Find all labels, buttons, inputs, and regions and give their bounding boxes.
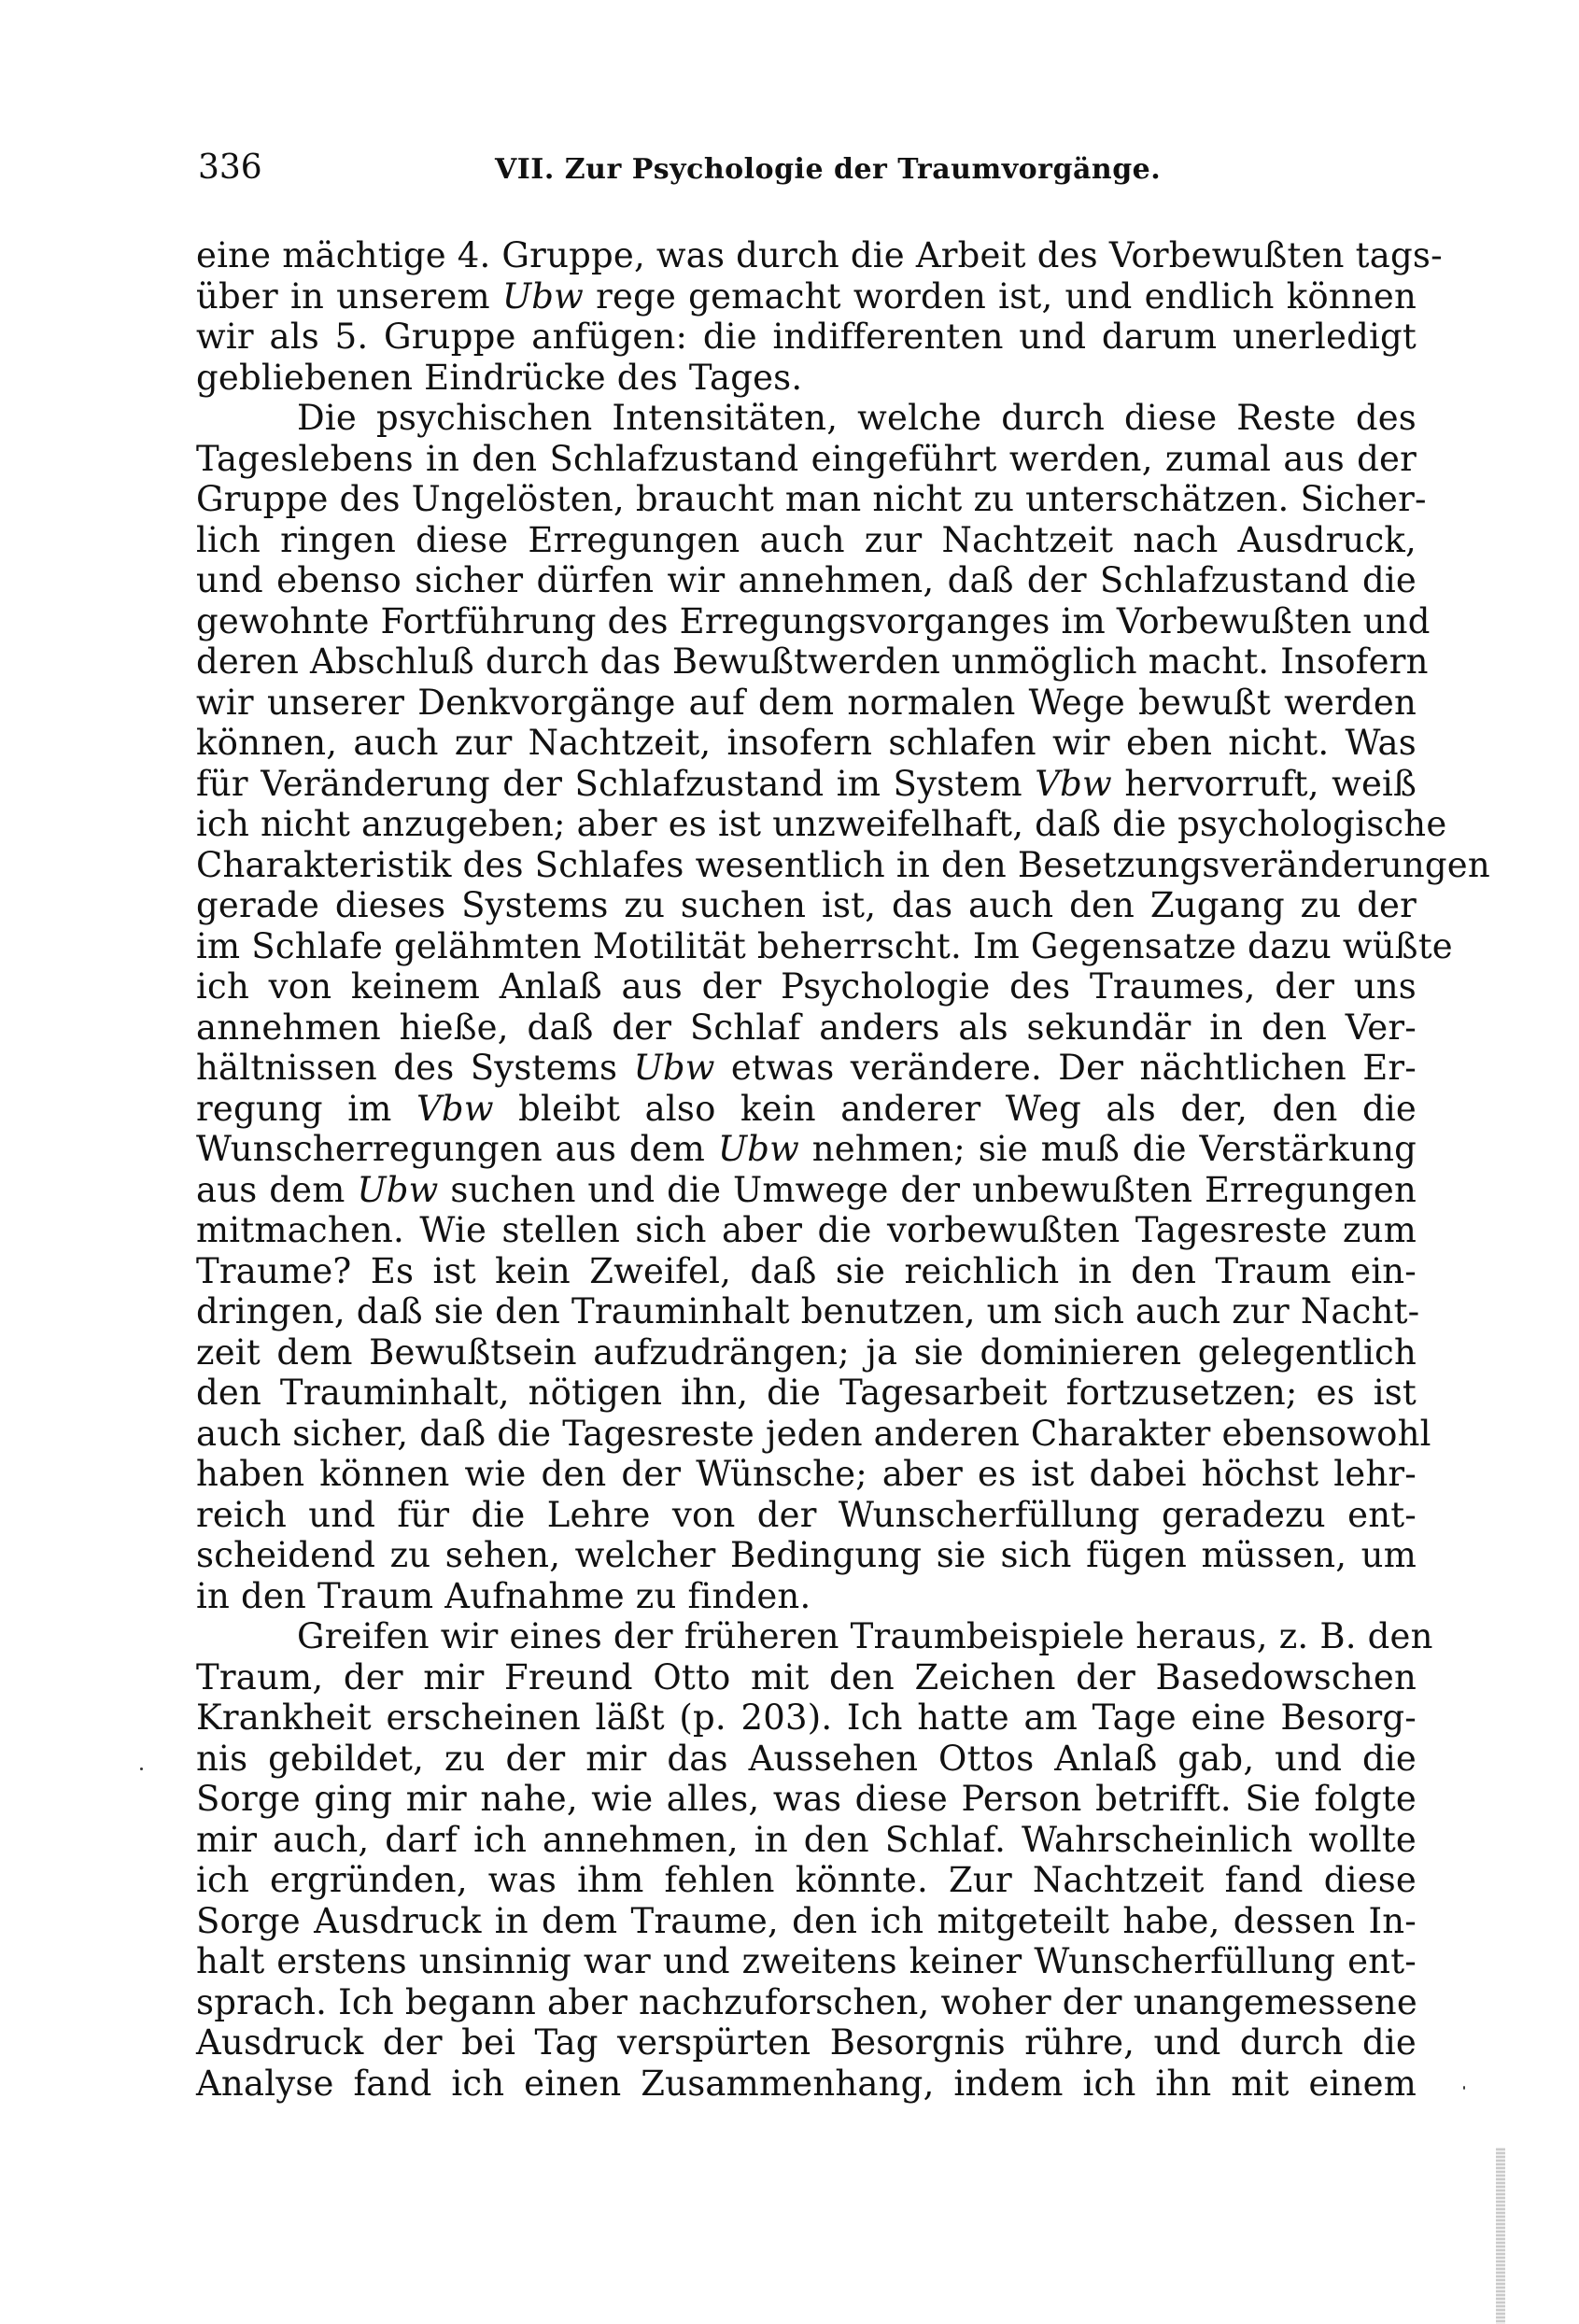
text-line: aus dem Ubw suchen und die Umwege der un…: [196, 1170, 1417, 1211]
text-run: Traume? Es ist kein Zweifel, daß sie rei…: [196, 1251, 1417, 1291]
italic-term: Vbw: [1035, 764, 1112, 804]
text-run: Krankheit erscheinen läßt (p. 203). Ich …: [196, 1697, 1417, 1738]
italic-term: Ubw: [718, 1129, 799, 1169]
text-run: deren Abschluß durch das Bewußtwerden un…: [196, 641, 1429, 682]
text-line: Analyse fand ich einen Zusammenhang, ind…: [196, 2063, 1417, 2105]
text-line: Sorge Ausdruck in dem Traume, den ich mi…: [196, 1901, 1417, 1942]
text-run: halt erstens unsinnig war und zweitens k…: [196, 1941, 1417, 1981]
text-line: reich und für die Lehre von der Wunscher…: [196, 1495, 1417, 1536]
text-line: gewohnte Fortführung des Erregungsvorgan…: [196, 601, 1417, 642]
text-line: ich nicht anzugeben; aber es ist unzweif…: [196, 804, 1417, 845]
text-line: dringen, daß sie den Trauminhalt benutze…: [196, 1291, 1417, 1332]
text-run: Greifen wir eines der früheren Traumbeis…: [297, 1616, 1433, 1656]
text-line: Krankheit erscheinen läßt (p. 203). Ich …: [196, 1697, 1417, 1739]
text-run: den Trauminhalt, nötigen ihn, die Tagesa…: [196, 1373, 1417, 1413]
text-line: Sorge ging mir nahe, wie alles, was dies…: [196, 1779, 1417, 1820]
text-run: lich ringen diese Erregungen auch zur Na…: [196, 520, 1417, 560]
text-line: zeit dem Bewußtsein aufzudrängen; ja sie…: [196, 1332, 1417, 1373]
italic-term: Vbw: [416, 1089, 494, 1129]
text-run: mitmachen. Wie stellen sich aber die vor…: [196, 1210, 1417, 1250]
italic-term: Ubw: [502, 276, 584, 317]
text-line: Greifen wir eines der früheren Traumbeis…: [196, 1616, 1417, 1657]
text-run: wir als 5. Gruppe anfügen: die indiffere…: [196, 317, 1417, 357]
text-line: Die psychischen Intensitäten, welche dur…: [196, 398, 1417, 439]
text-line: Traume? Es ist kein Zweifel, daß sie rei…: [196, 1251, 1417, 1292]
text-run: Tageslebens in den Schlafzustand eingefü…: [196, 439, 1417, 479]
body-text: eine mächtige 4. Gruppe, was durch die A…: [196, 235, 1417, 2104]
text-run: nehmen; sie muß die Verstärkung: [799, 1129, 1417, 1169]
text-run: Analyse fand ich einen Zusammenhang, ind…: [196, 2063, 1417, 2104]
text-run: Traum, der mir Freund Otto mit den Zeich…: [196, 1657, 1417, 1697]
text-run: für Veränderung der Schlafzustand im Sys…: [196, 764, 1035, 804]
text-run: scheidend zu sehen, welcher Bedingung si…: [196, 1535, 1417, 1575]
text-run: Charakteristik des Schlafes wesentlich i…: [196, 845, 1490, 885]
text-line: und ebenso sicher dürfen wir annehmen, d…: [196, 560, 1417, 601]
text-line: regung im Vbw bleibt also kein anderer W…: [196, 1089, 1417, 1130]
text-line: mir auch, darf ich annehmen, in den Schl…: [196, 1820, 1417, 1861]
text-line: haben können wie den der Wünsche; aber e…: [196, 1454, 1417, 1495]
running-head: 336 VII. Zur Psychologie der Traumvorgän…: [198, 148, 1417, 189]
scan-edge-artifact: [1496, 2148, 1505, 2324]
text-run: regung im: [196, 1089, 416, 1129]
text-line: Ausdruck der bei Tag verspürten Besorgni…: [196, 2022, 1417, 2063]
page-number: 336: [198, 148, 262, 189]
text-line: Traum, der mir Freund Otto mit den Zeich…: [196, 1657, 1417, 1698]
text-run: können, auch zur Nachtzeit, insofern sch…: [196, 723, 1417, 763]
text-run: Gruppe des Ungelösten, braucht man nicht…: [196, 479, 1427, 519]
text-run: suchen und die Umwege der unbewußten Err…: [439, 1170, 1417, 1210]
scan-speck: [1463, 2086, 1465, 2090]
text-line: lich ringen diese Erregungen auch zur Na…: [196, 520, 1417, 561]
text-run: hervorruft, weiß: [1112, 764, 1417, 804]
text-line: sprach. Ich begann aber nachzuforschen, …: [196, 1982, 1417, 2023]
text-line: in den Traum Aufnahme zu finden.: [196, 1576, 1417, 1617]
text-line: auch sicher, daß die Tagesreste jeden an…: [196, 1414, 1417, 1455]
text-run: haben können wie den der Wünsche; aber e…: [196, 1454, 1417, 1494]
text-run: sprach. Ich begann aber nachzuforschen, …: [196, 1982, 1417, 2022]
text-run: mir auch, darf ich annehmen, in den Schl…: [196, 1820, 1417, 1860]
text-line: über in unserem Ubw rege gemacht worden …: [196, 276, 1417, 317]
text-run: Sorge ging mir nahe, wie alles, was dies…: [196, 1779, 1417, 1819]
text-run: und ebenso sicher dürfen wir annehmen, d…: [196, 560, 1417, 600]
text-run: hältnissen des Systems: [196, 1048, 634, 1088]
text-run: ich ergründen, was ihm fehlen könnte. Zu…: [196, 1860, 1417, 1900]
scan-speck: [140, 1768, 143, 1770]
italic-term: Ubw: [357, 1170, 438, 1210]
text-line: für Veränderung der Schlafzustand im Sys…: [196, 764, 1417, 805]
text-line: scheidend zu sehen, welcher Bedingung si…: [196, 1535, 1417, 1576]
text-line: eine mächtige 4. Gruppe, was durch die A…: [196, 235, 1417, 276]
text-run: nis gebildet, zu der mir das Aussehen Ot…: [196, 1739, 1417, 1779]
text-line: Tageslebens in den Schlafzustand eingefü…: [196, 439, 1417, 480]
text-run: reich und für die Lehre von der Wunscher…: [196, 1495, 1417, 1535]
text-line: ich ergründen, was ihm fehlen könnte. Zu…: [196, 1860, 1417, 1901]
text-run: etwas verändere. Der nächtlichen Er-: [715, 1048, 1417, 1088]
text-line: wir als 5. Gruppe anfügen: die indiffere…: [196, 317, 1417, 358]
text-run: gerade dieses Systems zu suchen ist, das…: [196, 885, 1417, 925]
text-run: Sorge Ausdruck in dem Traume, den ich mi…: [196, 1901, 1417, 1941]
chapter-title: VII. Zur Psychologie der Traumvorgänge.: [495, 149, 1161, 190]
text-line: Gruppe des Ungelösten, braucht man nicht…: [196, 479, 1417, 520]
text-run: ich nicht anzugeben; aber es ist unzweif…: [196, 804, 1446, 844]
text-line: Charakteristik des Schlafes wesentlich i…: [196, 845, 1417, 886]
text-run: gebliebenen Eindrücke des Tages.: [196, 358, 802, 398]
text-line: wir unserer Denkvorgänge auf dem normale…: [196, 683, 1417, 724]
text-run: gewohnte Fortführung des Erregungsvorgan…: [196, 601, 1431, 641]
text-run: auch sicher, daß die Tagesreste jeden an…: [196, 1414, 1431, 1454]
text-line: hältnissen des Systems Ubw etwas verände…: [196, 1048, 1417, 1089]
text-line: Wunscherregungen aus dem Ubw nehmen; sie…: [196, 1129, 1417, 1170]
text-line: ich von keinem Anlaß aus der Psychologie…: [196, 966, 1417, 1007]
book-page: 336 VII. Zur Psychologie der Traumvorgän…: [0, 0, 1579, 2324]
italic-term: Ubw: [634, 1048, 715, 1088]
text-run: über in unserem: [196, 276, 502, 317]
text-line: gebliebenen Eindrücke des Tages.: [196, 358, 1417, 399]
text-line: deren Abschluß durch das Bewußtwerden un…: [196, 641, 1417, 683]
text-line: nis gebildet, zu der mir das Aussehen Ot…: [196, 1739, 1417, 1780]
text-run: annehmen hieße, daß der Schlaf anders al…: [196, 1007, 1417, 1048]
text-run: Ausdruck der bei Tag verspürten Besorgni…: [196, 2022, 1417, 2063]
text-line: im Schlafe gelähmten Motilität beherrsch…: [196, 926, 1417, 967]
text-run: rege gemacht worden ist, und endlich kön…: [584, 276, 1417, 317]
text-run: wir unserer Denkvorgänge auf dem normale…: [196, 683, 1417, 723]
text-run: dringen, daß sie den Trauminhalt benutze…: [196, 1291, 1419, 1331]
text-line: den Trauminhalt, nötigen ihn, die Tagesa…: [196, 1373, 1417, 1414]
text-line: können, auch zur Nachtzeit, insofern sch…: [196, 723, 1417, 764]
text-run: bleibt also kein anderer Weg als der, de…: [494, 1089, 1417, 1129]
text-run: in den Traum Aufnahme zu finden.: [196, 1576, 811, 1616]
text-line: gerade dieses Systems zu suchen ist, das…: [196, 885, 1417, 926]
text-run: Die psychischen Intensitäten, welche dur…: [297, 398, 1417, 438]
text-run: zeit dem Bewußtsein aufzudrängen; ja sie…: [196, 1332, 1417, 1373]
text-line: mitmachen. Wie stellen sich aber die vor…: [196, 1210, 1417, 1251]
text-run: im Schlafe gelähmten Motilität beherrsch…: [196, 926, 1453, 966]
text-run: ich von keinem Anlaß aus der Psychologie…: [196, 966, 1417, 1007]
text-run: Wunscherregungen aus dem: [196, 1129, 718, 1169]
text-run: aus dem: [196, 1170, 357, 1210]
text-line: halt erstens unsinnig war und zweitens k…: [196, 1941, 1417, 1982]
text-line: annehmen hieße, daß der Schlaf anders al…: [196, 1007, 1417, 1049]
text-run: eine mächtige 4. Gruppe, was durch die A…: [196, 235, 1443, 275]
